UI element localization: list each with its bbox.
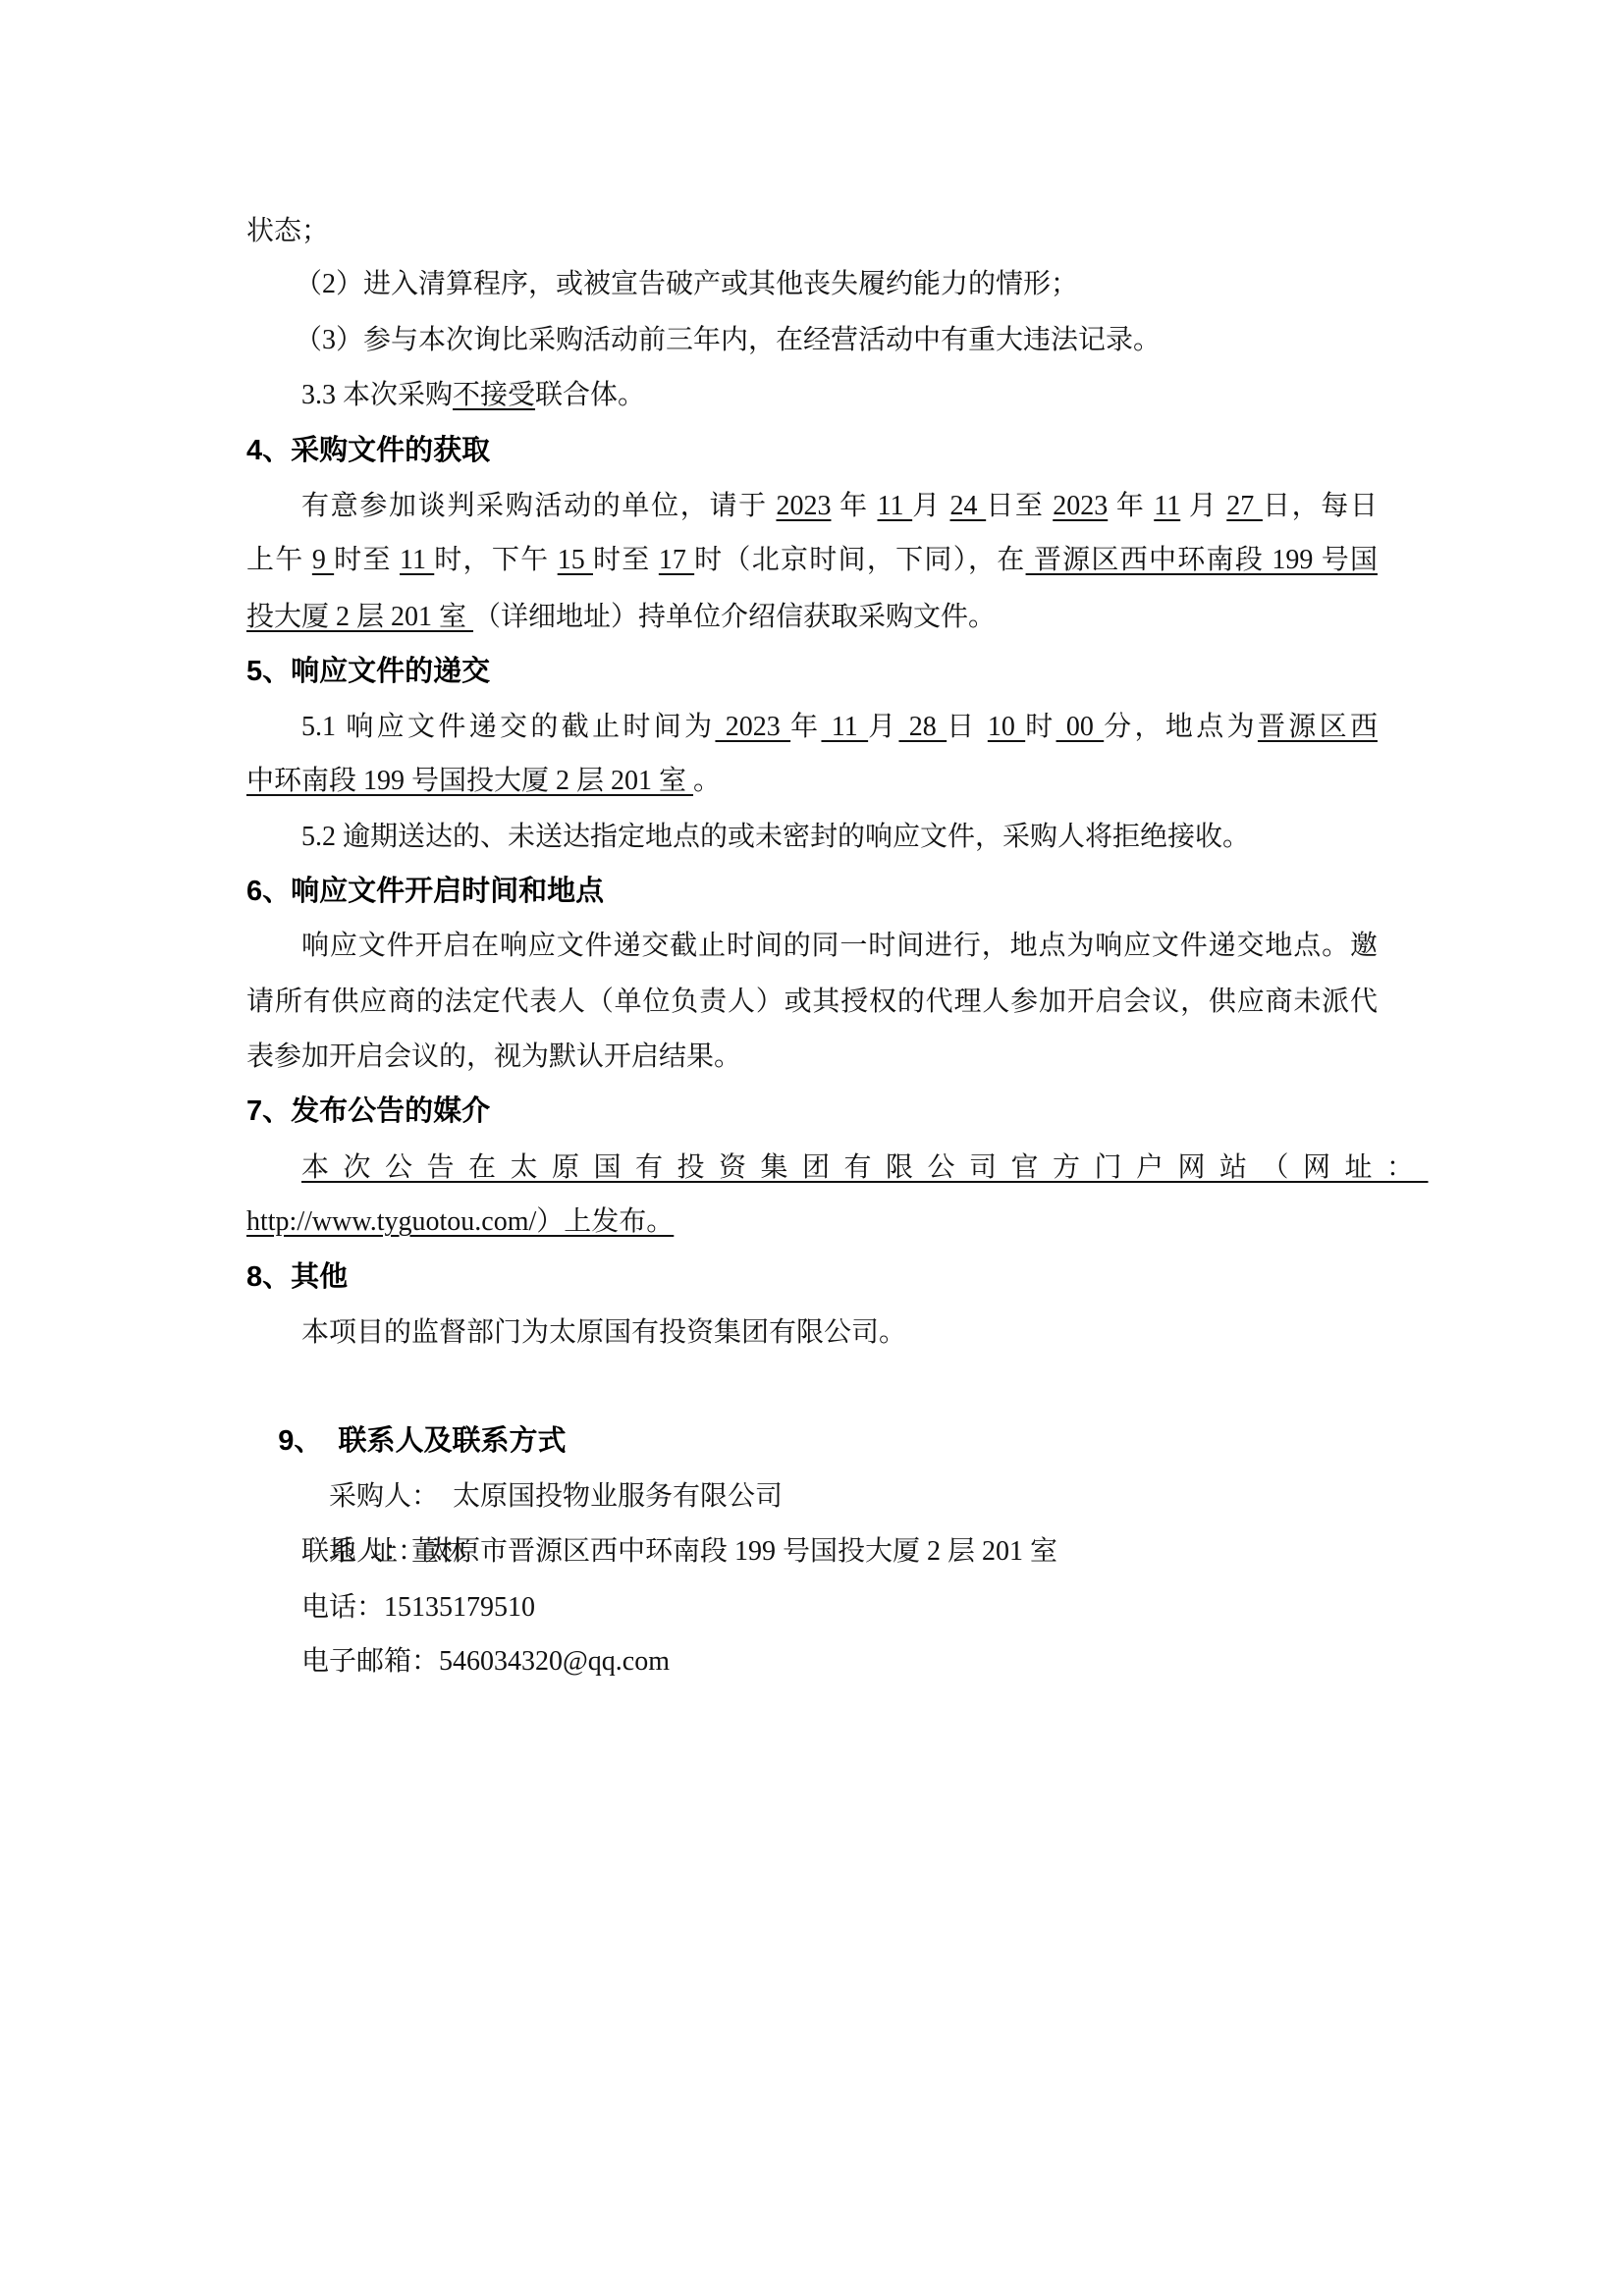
- text: 年: [831, 491, 877, 521]
- paragraph-line: 投大厦 2 层 201 室 （详细地址）持单位介绍信获取采购文件。: [246, 590, 1378, 645]
- text: （2）进入清算程序，或被宣告破产或其他丧失履约能力的情形；: [295, 269, 1078, 299]
- day-value: 28: [898, 712, 947, 742]
- year-value: 2023: [715, 712, 790, 742]
- text: 上午: [246, 545, 312, 575]
- text: 。: [693, 766, 721, 796]
- announcement-media-text: 本次公告在太原国有投资集团有限公司官方门户网站（网址：: [301, 1152, 1429, 1183]
- document-page: 状态； （2）进入清算程序，或被宣告破产或其他丧失履约能力的情形； （3）参与本…: [0, 0, 1624, 2296]
- email-line: 电子邮箱：546034320@qq.com: [301, 1634, 1378, 1689]
- text: 状态；: [246, 216, 329, 246]
- phone-text: 电话：15135179510: [301, 1592, 535, 1623]
- text: 请所有供应商的法定代表人（单位负责人）或其授权的代理人参加开启会议，供应商未派代: [246, 987, 1378, 1017]
- day-value: 27: [1226, 491, 1263, 521]
- hour-value: 17: [659, 545, 694, 575]
- day-value: 24: [950, 491, 987, 521]
- list-item-3: （3）参与本次询比采购活动前三年内，在经营活动中有重大违法记录。: [295, 313, 1371, 368]
- month-value: 11: [1154, 491, 1180, 521]
- text: 日至: [986, 491, 1053, 521]
- text: 时至: [593, 545, 659, 575]
- purchaser-line: 采购人： 太原国投物业服务有限公司: [301, 1415, 1378, 1469]
- heading-text: 6、响应文件开启时间和地点: [246, 876, 604, 907]
- month-value: 11: [821, 712, 868, 742]
- text: 日，每日: [1263, 491, 1378, 521]
- hour-value: 9: [312, 545, 334, 575]
- address-value: 晋源区西: [1258, 712, 1378, 742]
- month-value: 11: [878, 491, 913, 521]
- paragraph-line: 中环南段 199 号国投大厦 2 层 201 室 。: [246, 754, 1378, 809]
- minute-value: 00: [1056, 712, 1105, 742]
- paragraph-line: 上午 9 时至 11 时，下午 15 时至 17 时（北京时间，下同），在 晋源…: [246, 533, 1378, 588]
- address-line: 地 址：太原市晋源区西中环南段 199 号国投大厦 2 层 201 室: [301, 1469, 1378, 1524]
- underlined-text: 不接受: [453, 380, 535, 410]
- paragraph-line: 本项目的监督部门为太原国有投资集团有限公司。: [301, 1306, 1378, 1361]
- text: 月: [868, 712, 898, 742]
- text: 联合体。: [535, 380, 645, 410]
- text: 时，下午: [434, 545, 557, 575]
- section-heading-7: 7、发布公告的媒介: [246, 1084, 1378, 1139]
- hour-value: 10: [988, 712, 1025, 742]
- text: 5.2 逾期送达的、未送达指定地点的或未密封的响应文件，采购人将拒绝接收。: [301, 822, 1250, 852]
- text: 月: [1180, 491, 1226, 521]
- section-heading-8: 8、其他: [246, 1250, 1378, 1305]
- contact-person-line: 联系人：董林: [301, 1524, 1378, 1579]
- hour-value: 11: [400, 545, 434, 575]
- paragraph-3-3: 3.3 本次采购不接受联合体。: [301, 368, 1378, 423]
- phone-line: 电话：15135179510: [301, 1580, 1378, 1635]
- contact-text: 联系人：董林: [301, 1536, 466, 1567]
- paragraph-5-1: 5.1 响应文件递交的截止时间为 2023 年 11 月 28 日 10 时 0…: [301, 700, 1378, 755]
- hour-value: 15: [558, 545, 593, 575]
- text: 时: [1025, 712, 1056, 742]
- text: 年: [1108, 491, 1154, 521]
- heading-text: 4、采购文件的获取: [246, 435, 490, 466]
- paragraph-line: 请所有供应商的法定代表人（单位负责人）或其授权的代理人参加开启会议，供应商未派代: [246, 975, 1378, 1030]
- heading-text: 7、发布公告的媒介: [246, 1095, 490, 1127]
- year-value: 2023: [1053, 491, 1108, 521]
- paragraph-line: 响应文件开启在响应文件递交截止时间的同一时间进行，地点为响应文件递交地点。邀: [301, 919, 1378, 974]
- website-link[interactable]: http://www.tyguotou.com/）上发布。: [246, 1206, 674, 1237]
- text: 响应文件开启在响应文件递交截止时间的同一时间进行，地点为响应文件递交地点。邀: [301, 931, 1378, 961]
- paragraph-line: 表参加开启会议的，视为默认开启结果。: [246, 1030, 1378, 1085]
- list-item-2: （2）进入清算程序，或被宣告破产或其他丧失履约能力的情形；: [295, 257, 1371, 312]
- text: （详细地址）持单位介绍信获取采购文件。: [473, 602, 996, 632]
- text: （3）参与本次询比采购活动前三年内，在经营活动中有重大违法记录。: [295, 325, 1161, 355]
- section-heading-9: 9、 联系人及联系方式: [246, 1359, 1378, 1414]
- text: 3.3 本次采购: [301, 380, 453, 410]
- paragraph-line: 本次公告在太原国有投资集团有限公司官方门户网站（网址：: [301, 1141, 1378, 1196]
- address-value: 投大厦 2 层 201 室: [246, 602, 473, 632]
- text: 表参加开启会议的，视为默认开启结果。: [246, 1041, 741, 1072]
- section-heading-4: 4、采购文件的获取: [246, 423, 1378, 478]
- heading-text: 5、响应文件的递交: [246, 656, 490, 687]
- heading-text: 8、其他: [246, 1261, 348, 1293]
- text: 分，地点为: [1104, 712, 1258, 742]
- text: 年: [790, 712, 821, 742]
- address-value: 晋源区西中环南段 199 号国: [1026, 545, 1378, 575]
- text: 5.1 响应文件递交的截止时间为: [301, 712, 715, 742]
- year-value: 2023: [776, 491, 831, 521]
- section-heading-5: 5、响应文件的递交: [246, 644, 1378, 699]
- text: 有意参加谈判采购活动的单位，请于: [301, 491, 776, 521]
- paragraph-line: 状态；: [246, 204, 1378, 259]
- text: 时至: [334, 545, 400, 575]
- text: 日: [947, 712, 988, 742]
- text: 月: [912, 491, 949, 521]
- paragraph-line: http://www.tyguotou.com/）上发布。: [246, 1195, 1378, 1250]
- paragraph-5-2: 5.2 逾期送达的、未送达指定地点的或未密封的响应文件，采购人将拒绝接收。: [301, 810, 1378, 865]
- section-heading-6: 6、响应文件开启时间和地点: [246, 864, 1378, 919]
- paragraph-line: 有意参加谈判采购活动的单位，请于 2023 年 11 月 24 日至 2023 …: [301, 479, 1378, 534]
- text: 时（北京时间，下同），在: [694, 545, 1025, 575]
- text: 本项目的监督部门为太原国有投资集团有限公司。: [301, 1317, 906, 1348]
- address-value: 中环南段 199 号国投大厦 2 层 201 室: [246, 766, 693, 796]
- email-text: 电子邮箱：546034320@qq.com: [301, 1646, 670, 1677]
